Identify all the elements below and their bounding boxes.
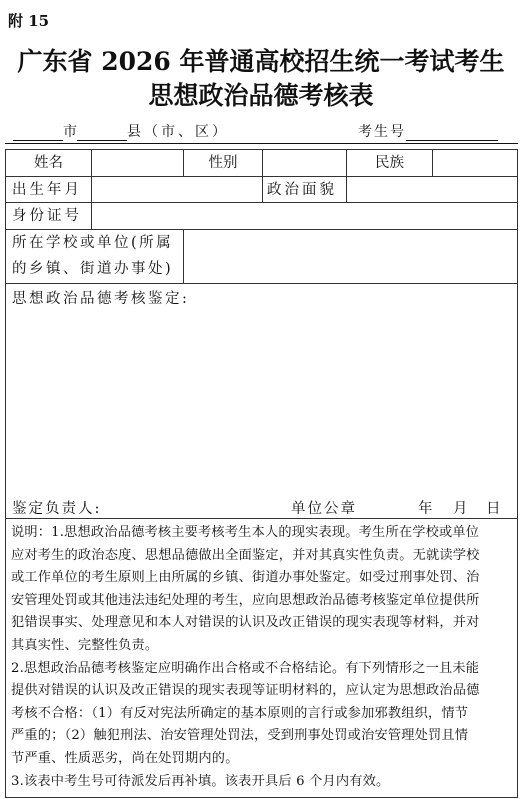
note-line: 严重的；（2）触犯刑法、治安管理处罚法，受到刑事处罚或治安管理处罚且情 <box>11 725 516 748</box>
day-label: 日 <box>486 496 501 522</box>
political-status-label: 政治面貌 <box>267 177 337 203</box>
exam-number-label: 考生号 <box>358 124 406 140</box>
form-title-line1: 广东省 2026 年普通高校招生统一考试考生 <box>0 42 522 78</box>
county-suffix: 县（市、区） <box>127 124 229 140</box>
note-line: 提供对错误的认识及改正错误的现实表现等证明材料的，应认定为思想政治品德 <box>11 680 516 703</box>
name-field[interactable] <box>92 150 183 176</box>
exam-number-row: 考生号 <box>358 121 498 141</box>
exam-number-blank[interactable] <box>406 126 498 141</box>
note-line: 3.该表中考生号可待派发后再补填。该表开具后 6 个月内有效。 <box>11 771 516 794</box>
year-label: 年 <box>418 496 433 522</box>
row-divider <box>5 283 518 284</box>
note-line: 安管理处罚或其他违法违纪处理的考生，应向思想政治品德考核鉴定单位提供所 <box>11 590 516 613</box>
ethnicity-label: 民族 <box>347 150 432 176</box>
note-line: 考核不合格：（1）有反对宪法所确定的基本原则的言行或参加邪教组织，情节 <box>11 703 516 726</box>
id-label: 身份证号 <box>12 203 82 229</box>
school-label-line1: 所在学校或单位(所属 <box>12 230 173 256</box>
id-field[interactable] <box>92 203 517 229</box>
note-line: 2.思想政治品德考核鉴定应明确作出合格或不合格结论。有下列情形之一且未能 <box>11 658 516 681</box>
note-line: 应对考生的政治态度、思想品德做出全面鉴定，并对其真实性负责。无就读学校 <box>11 545 516 568</box>
political-status-field[interactable] <box>347 177 517 202</box>
assessment-label: 思想政治品德考核鉴定: <box>12 286 189 312</box>
city-suffix: 市 <box>63 124 77 140</box>
header-divider <box>5 143 518 144</box>
note-line: 或工作单位的考生原则上由所属的乡镇、街道办事处鉴定。如受过刑事处罚、治 <box>11 567 516 590</box>
birth-field[interactable] <box>92 177 262 202</box>
region-row: 市县（市、区） <box>13 121 229 141</box>
gender-label: 性别 <box>184 150 262 176</box>
note-line: 其真实性、完整性负责。 <box>11 635 516 658</box>
city-blank[interactable] <box>13 126 63 141</box>
seal-label: 单位公章 <box>291 496 357 522</box>
month-label: 月 <box>453 496 468 522</box>
notes-section: 说明：1.思想政治品德考核主要考核考生本人的现实表现。考生所在学校或单位 应对考… <box>11 522 516 793</box>
birth-label: 出生年月 <box>12 177 82 203</box>
note-line: 犯错误事实、处理意见和本人对错误的认识及改正错误的现实表现等材料，并对 <box>11 612 516 635</box>
form-title-line2: 思想政治品德考核表 <box>0 76 522 112</box>
name-label: 姓名 <box>6 150 91 176</box>
responsible-label: 鉴定负责人: <box>12 496 101 522</box>
table-border-right <box>517 149 518 798</box>
county-blank[interactable] <box>77 126 127 141</box>
table-border-bottom <box>5 797 518 798</box>
ethnicity-field[interactable] <box>433 150 517 176</box>
assessment-field[interactable] <box>6 312 517 492</box>
attachment-label: 附 15 <box>8 10 49 31</box>
note-line: 节严重、性质恶劣，尚在处罚期内的。 <box>11 748 516 771</box>
gender-field[interactable] <box>263 150 346 176</box>
school-label-line2: 的乡镇、街道办事处) <box>12 256 173 282</box>
note-line: 说明：1.思想政治品德考核主要考核考生本人的现实表现。考生所在学校或单位 <box>11 522 516 545</box>
school-field[interactable] <box>184 230 517 283</box>
